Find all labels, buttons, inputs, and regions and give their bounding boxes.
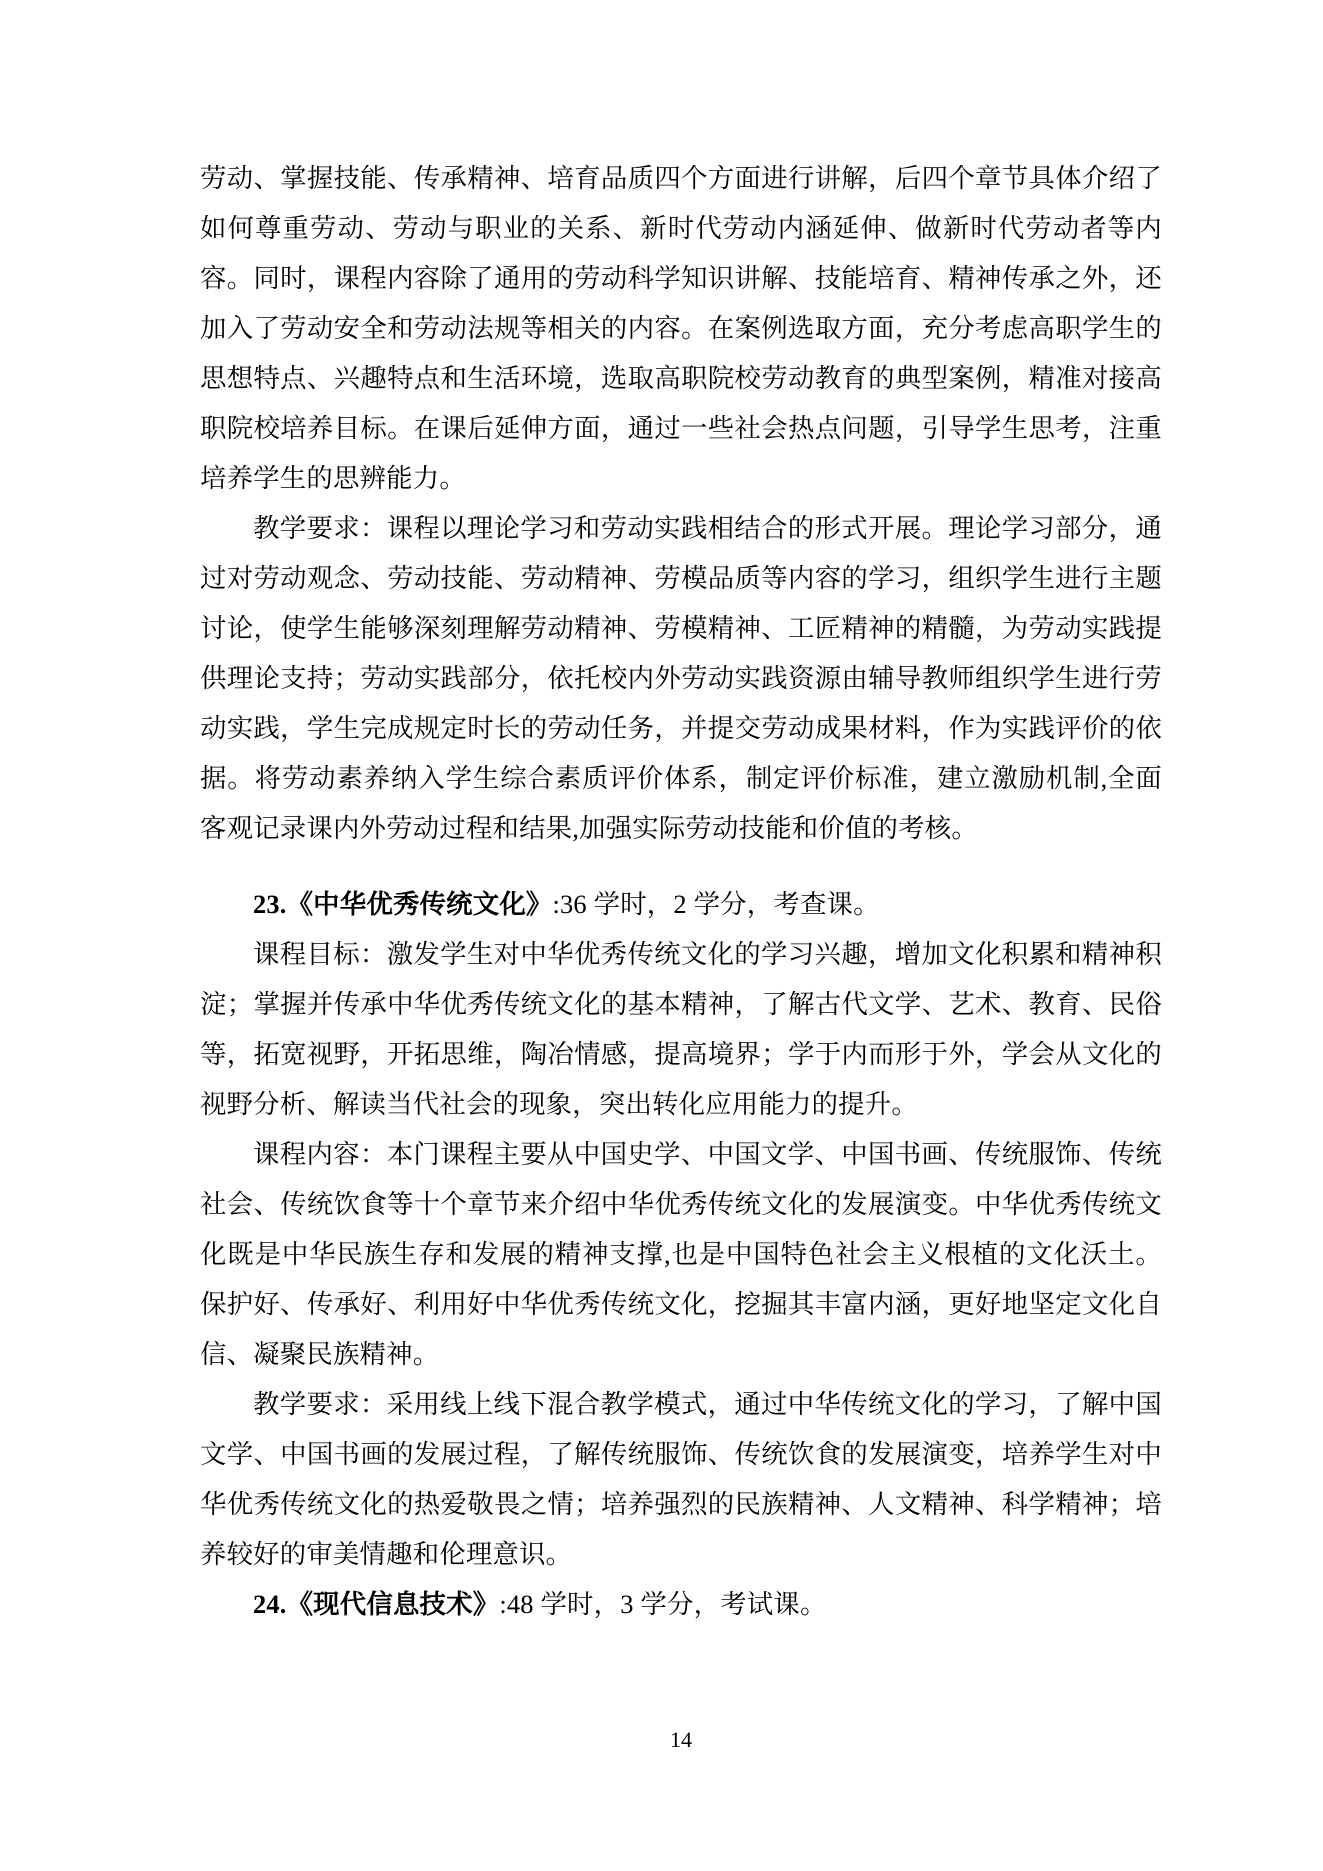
course-23-title: 23.《中华优秀传统文化》 [253, 889, 553, 919]
paragraph-labor-course-content-continued: 劳动、掌握技能、传承精神、培育品质四个方面进行讲解，后四个章节具体介绍了如何尊重… [200, 153, 1162, 503]
course-23-heading: 23.《中华优秀传统文化》:36 学时，2 学分，考查课。 [200, 879, 1162, 929]
course-24-heading: 24.《现代信息技术》:48 学时，3 学分，考试课。 [200, 1579, 1162, 1629]
course-23-meta: :36 学时，2 学分，考查课。 [553, 889, 880, 919]
paragraph-culture-course-content: 课程内容：本门课程主要从中国史学、中国文学、中国书画、传统服饰、传统社会、传统饮… [200, 1129, 1162, 1379]
paragraph-culture-teaching-requirements: 教学要求：采用线上线下混合教学模式，通过中华传统文化的学习，了解中国文学、中国书… [200, 1379, 1162, 1579]
text-column: 劳动、掌握技能、传承精神、培育品质四个方面进行讲解，后四个章节具体介绍了如何尊重… [200, 153, 1162, 1629]
course-24-meta: :48 学时，3 学分，考试课。 [499, 1589, 826, 1619]
course-24-title: 24.《现代信息技术》 [253, 1589, 499, 1619]
page-number: 14 [200, 1726, 1162, 1754]
document-page: 劳动、掌握技能、传承精神、培育品质四个方面进行讲解，后四个章节具体介绍了如何尊重… [0, 0, 1323, 1871]
paragraph-culture-course-objectives: 课程目标：激发学生对中华优秀传统文化的学习兴趣，增加文化积累和精神积淀；掌握并传… [200, 929, 1162, 1129]
paragraph-labor-teaching-requirements: 教学要求：课程以理论学习和劳动实践相结合的形式开展。理论学习部分，通过对劳动观念… [200, 503, 1162, 853]
